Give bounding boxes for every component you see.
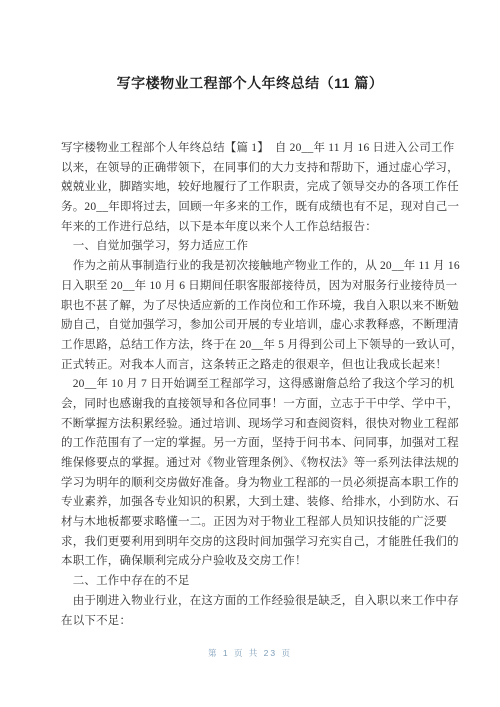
- text-line: 以来，在领导的正确带领下，在同事们的大力支持和帮助下，通过虚心学习，: [61, 159, 441, 179]
- text-line: 维保修要点的掌握。通过对《物业管理条例》、《物权法》等一系列法律法规的: [61, 454, 441, 474]
- text-line: 二、工作中存在的不足: [61, 572, 441, 592]
- text-line: 不断掌握方法积累经验。通过培训、现场学习和查阅资料，很快对物业工程部: [61, 415, 441, 435]
- text-line: 年来的工作进行总结，以下是本年度以来个人工作总结报告：: [61, 218, 441, 238]
- text-line: 工作思路，总结工作方法，终于在 20__年 5 月得到公司上下领导的一致认可，: [61, 336, 441, 356]
- text-line: 20__年 10 月 7 日开始调至工程部学习，这得感谢詹总给了我这个学习的机: [61, 375, 441, 395]
- text-line: 一、自觉加强学习，努力适应工作: [61, 237, 441, 257]
- text-line: 日入职至 20__年 10 月 6 日期间任职客服部接待员，因为对服务行业接待员…: [61, 277, 441, 297]
- page-number-label: 第 1 页 共 23 页: [208, 648, 292, 658]
- text-line: 励自己，自觉加强学习，参加公司开展的专业培训，虚心求教释惑，不断理清: [61, 316, 441, 336]
- text-line: 写字楼物业工程部个人年终总结【篇 1】 自 20__年 11 月 16 日进入公…: [61, 139, 441, 159]
- text-line: 求，我们更要利用到明年交房的这段时间加强学习充实自己，才能胜任我们的: [61, 533, 441, 553]
- text-line: 学习为明年的顺利交房做好准备。身为物业工程部的一员必须提高本职工作的: [61, 474, 441, 494]
- text-line: 兢兢业业，脚踏实地，较好地履行了工作职责，完成了领导交办的各项工作任: [61, 178, 441, 198]
- text-line: 材与木地板都要求略懂一二。正因为对于物业工程部人员知识技能的广泛要: [61, 513, 441, 533]
- text-line: 作为之前从事制造行业的我是初次接触地产物业工作的，从 20__年 11 月 16: [61, 257, 441, 277]
- document-body: 写字楼物业工程部个人年终总结【篇 1】 自 20__年 11 月 16 日进入公…: [61, 139, 441, 631]
- text-line: 由于刚进入物业行业，在这方面的工作经验很是缺乏，自入职以来工作中存: [61, 592, 441, 612]
- text-line: 专业素养，加强各专业知识的积累，大到土建、装修、给排水，小到防水、石: [61, 493, 441, 513]
- text-line: 在以下不足：: [61, 612, 441, 632]
- document-page: 写字楼物业工程部个人年终总结（11 篇） 写字楼物业工程部个人年终总结【篇 1】…: [0, 0, 500, 707]
- text-line: 务。20__年即将过去，回顾一年多来的工作，既有成绩也有不足，现对自己一: [61, 198, 441, 218]
- text-line: 正式转正。对我本人而言，这条转正之路走的很艰辛，但也让我成长起来！: [61, 356, 441, 376]
- page-footer: 第 1 页 共 23 页: [0, 643, 500, 661]
- document-title: 写字楼物业工程部个人年终总结（11 篇）: [0, 73, 500, 93]
- text-line: 职也不甚了解，为了尽快适应新的工作岗位和工作环境，我自入职以来不断勉: [61, 297, 441, 317]
- text-line: 本职工作，确保顺利完成分户验收及交房工作！: [61, 552, 441, 572]
- text-line: 会，同时也感谢我的直接领导和各位同事！一方面，立志于干中学、学中干，: [61, 395, 441, 415]
- text-line: 的工作范围有了一定的掌握。另一方面，坚持于问书本、问同事，加强对工程: [61, 434, 441, 454]
